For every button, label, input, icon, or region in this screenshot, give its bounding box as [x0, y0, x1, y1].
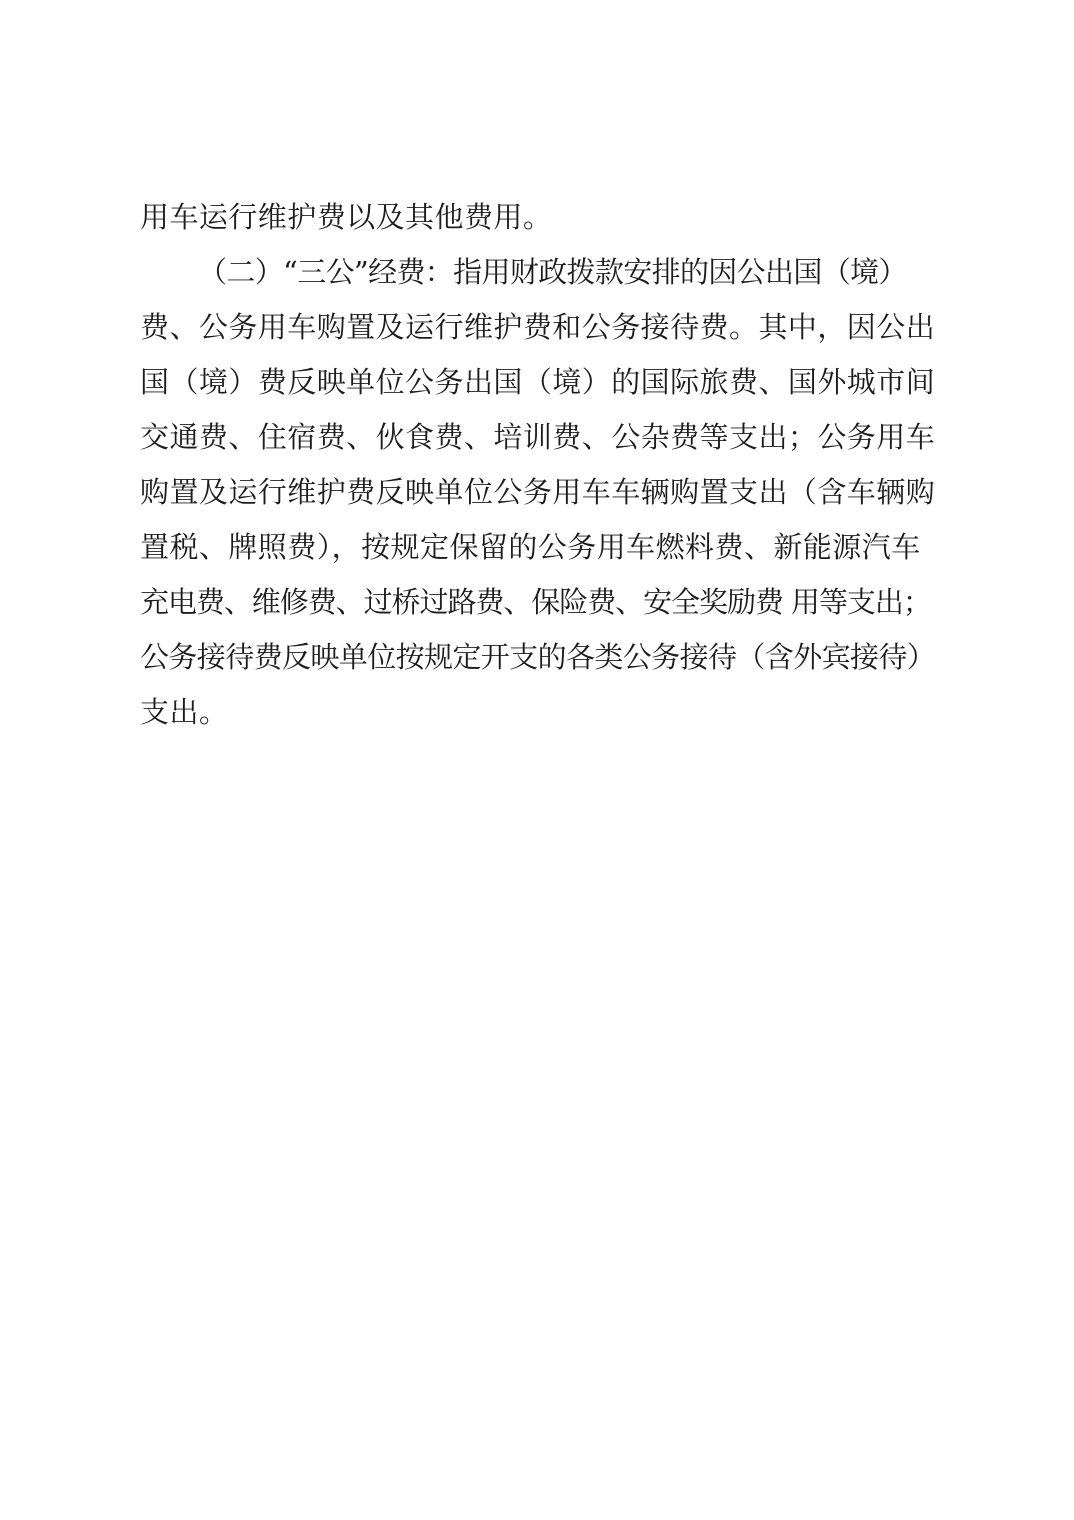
doc-line-10: 支出。 [140, 685, 940, 740]
text-block: 用车运行维护费以及其他费用。 （二）“三公”经费：指用财政拨款安排的因公出国（境… [140, 190, 940, 740]
doc-line-3: 费、公务用车购置及运行维护费和公务接待费。其中，因公出 [140, 300, 940, 355]
document-page: 用车运行维护费以及其他费用。 （二）“三公”经费：指用财政拨款安排的因公出国（境… [0, 0, 1074, 1520]
doc-line-1: 用车运行维护费以及其他费用。 [140, 190, 940, 245]
doc-line-9: 公务接待费反映单位按规定开支的各类公务接待（含外宾接待） [140, 630, 940, 685]
doc-line-6: 购置及运行维护费反映单位公务用车车辆购置支出（含车辆购 [140, 465, 940, 520]
doc-line-2: （二）“三公”经费：指用财政拨款安排的因公出国（境） [140, 245, 940, 300]
doc-line-5: 交通费、住宿费、伙食费、培训费、公杂费等支出；公务用车 [140, 410, 940, 465]
doc-line-8: 充电费、维修费、过桥过路费、保险费、安全奖励费 用等支出； [140, 575, 940, 630]
doc-line-7: 置税、牌照费），按规定保留的公务用车燃料费、新能源汽车 [140, 520, 940, 575]
doc-line-4: 国（境）费反映单位公务出国（境）的国际旅费、国外城市间 [140, 355, 940, 410]
